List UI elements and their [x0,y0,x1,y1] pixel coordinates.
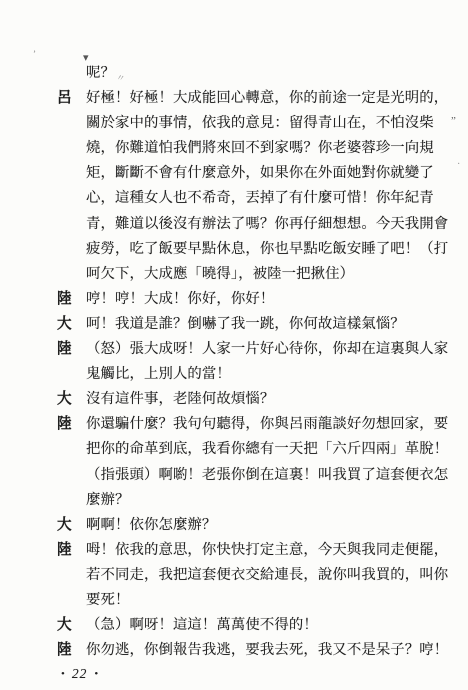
script-line: 若不同走，我把這套便衣交給連長，說你叫我買的，叫你 [57,563,449,588]
dialogue-text: （怒）張大成呀！人家一片好心待你，你却在這裏與人家 [86,337,448,362]
dialogue-text: 呵欠下，大成應「曉得」，被陸一把揪住） [86,262,354,287]
script-text-block: 呢？ 呂好極！好極！大成能回心轉意，你的前途一定是光明的， 關於家中的事情，依我… [57,61,449,663]
script-line: 呂好極！好極！大成能回心轉意，你的前途一定是光明的， [57,86,449,111]
dialogue-text: 你還騙什麼？我句句聽得，你與呂雨龍談好勿想回家，要 [86,412,448,437]
script-line: 把你的命革到底，我看你總有一天把「六斤四兩」革脫！ [57,437,449,462]
dialogue-text: 把你的命革到底，我看你總有一天把「六斤四兩」革脫！ [86,437,448,462]
script-line: 疲勞，吃了飯要早點休息，你也早點吃飯安睡了吧！（打 [57,237,449,262]
dialogue-text: 矩，斷斷不會有什麼意外，如果你在外面她對你就變了 [86,161,434,186]
dialogue-text: 燒，你難道怕我們將來回不到家嗎？你老婆蓉珍一向規 [86,136,434,161]
dialogue-text: 心，這種女人也不希奇，丟掉了有什麼可惜！你年紀青 [86,186,434,211]
scanned-script-page: 呢？ 呂好極！好極！大成能回心轉意，你的前途一定是光明的， 關於家中的事情，依我… [0,0,468,690]
script-line: 麼辦？ [57,488,449,513]
script-line: 陸呣！依我的意思，你快快打定主意，今天與我同走便罷， [57,538,449,563]
page-footer: • 22 • [61,666,98,682]
script-line: 大呵！我道是誰？倒嚇了我一跳，你何故這樣氣惱？ [57,312,449,337]
dialogue-text: 好極！好極！大成能回心轉意，你的前途一定是光明的， [86,86,448,111]
script-line: 陸（怒）張大成呀！人家一片好心待你，你却在這裏與人家 [57,337,449,362]
dialogue-text: 關於家中的事情，依我的意見：留得青山在，不怕沒柴 [86,111,434,136]
dialogue-text: 若不同走，我把這套便衣交給連長，說你叫我買的，叫你 [86,563,448,588]
dialogue-text: 呢？ [86,61,115,86]
script-line: 燒，你難道怕我們將來回不到家嗎？你老婆蓉珍一向規 [57,136,449,161]
speaker-label: 陸 [57,337,86,362]
script-line: 要死！ [57,588,449,613]
script-line: （指張頭）啊喲！老張你倒在這裏！叫我買了這套便衣怎 [57,463,449,488]
script-line: 陸你勿逃，你倒報告我逃，要我去死，我又不是呆子？哼！ [57,638,449,663]
dialogue-text: 要死！ [86,588,129,613]
speaker-label: 呂 [57,86,86,111]
speaker-label: 陸 [57,538,86,563]
script-line: 心，這種女人也不希奇，丟掉了有什麼可惜！你年紀青 [57,186,449,211]
speaker-label: 大 [57,312,86,337]
footer-dot-left: • [61,669,65,680]
dialogue-text: 麼辦？ [86,488,129,513]
dialogue-text: 疲勞，吃了飯要早點休息，你也早點吃飯安睡了吧！（打 [86,237,448,262]
dialogue-text: 哼！哼！大成！你好，你好！ [86,287,274,312]
dialogue-text: （指張頭）啊喲！老張你倒在這裏！叫我買了這套便衣怎 [86,463,448,488]
speaker-label: 陸 [57,412,86,437]
speaker-label: 陸 [57,638,86,663]
scan-artifact: ▾ [83,53,89,64]
script-line: 鬼觸比，上別人的當！ [57,362,449,387]
page-number: 22 [72,666,88,682]
script-line: 陸哼！哼！大成！你好，你好！ [57,287,449,312]
scan-artifact: ’ [33,50,36,59]
speaker-label: 大 [57,387,86,412]
dialogue-text: 青，難道以後沒有辦法了嗎？你再仔細想想。今天我開會 [86,212,448,237]
script-line: 矩，斷斷不會有什麼意外，如果你在外面她對你就變了 [57,161,449,186]
dialogue-text: 呣！依我的意思，你快快打定主意，今天與我同走便罷， [86,538,448,563]
dialogue-text: 呵！我道是誰？倒嚇了我一跳，你何故這樣氣惱？ [86,312,405,337]
speaker-label: 大 [57,613,86,638]
script-line: 大啊啊！依你怎麼辦？ [57,513,449,538]
scan-artifact: ” [451,116,456,127]
scan-artifact: · [457,160,460,170]
scan-artifact: 〃 [115,73,126,84]
script-line: 呵欠下，大成應「曉得」，被陸一把揪住） [57,262,449,287]
script-line: 青，難道以後沒有辦法了嗎？你再仔細想想。今天我開會 [57,212,449,237]
dialogue-text: 沒有這件事，老陸何故煩惱？ [86,387,274,412]
script-line: 大（急）啊呀！這這！萬萬使不得的！ [57,613,449,638]
script-line: 大沒有這件事，老陸何故煩惱？ [57,387,449,412]
dialogue-text: 啊啊！依你怎麼辦？ [86,513,216,538]
dialogue-text: 你勿逃，你倒報告我逃，要我去死，我又不是呆子？哼！ [86,638,448,663]
dialogue-text: 鬼觸比，上別人的當！ [86,362,231,387]
speaker-label: 大 [57,513,86,538]
dialogue-text: （急）啊呀！這這！萬萬使不得的！ [86,613,318,638]
script-line: 陸你還騙什麼？我句句聽得，你與呂雨龍談好勿想回家，要 [57,412,449,437]
speaker-label: 陸 [57,287,86,312]
script-line: 關於家中的事情，依我的意見：留得青山在，不怕沒柴 [57,111,449,136]
footer-dot-right: • [94,669,98,680]
